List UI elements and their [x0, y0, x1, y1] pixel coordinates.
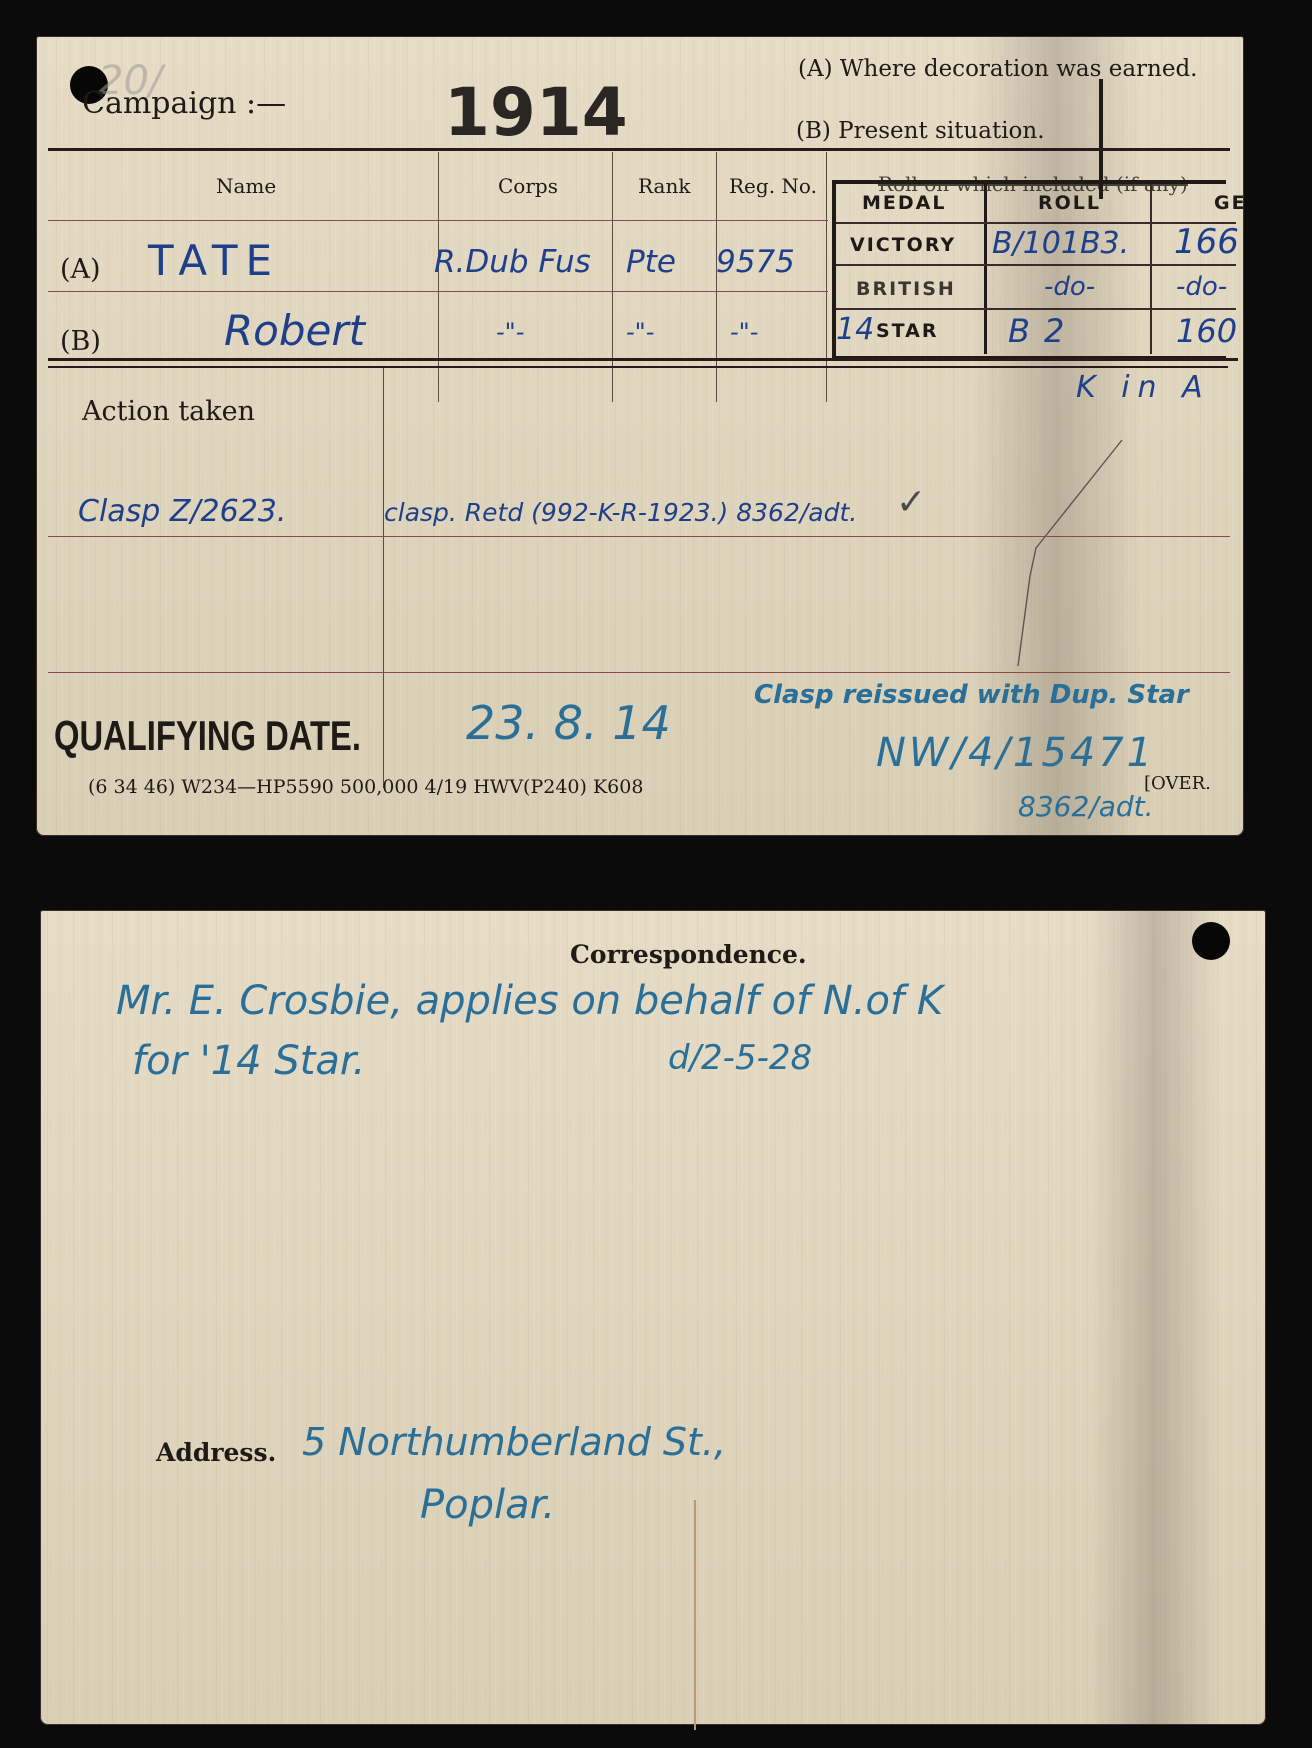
- campaign-year: 1914: [444, 74, 628, 151]
- medal-victory: VICTORY: [850, 234, 956, 256]
- column-header-name: Name: [216, 174, 276, 198]
- row-a-name: TATE: [148, 236, 280, 285]
- medal-header-roll: ROLL: [1038, 192, 1101, 214]
- row-b-corps: -"-: [496, 318, 524, 346]
- qualifying-date-value: 23. 8. 14: [466, 696, 671, 750]
- qualifying-date-label: QUALIFYING DATE.: [54, 712, 361, 760]
- correspondence-line-1: Mr. E. Crosbie, applies on behalf of N.o…: [116, 978, 943, 1024]
- column-header-rank: Rank: [638, 174, 690, 198]
- page-british: -do-: [1176, 272, 1227, 302]
- punch-hole: [1192, 922, 1230, 960]
- column-header-reg-no: Reg. No.: [729, 174, 817, 198]
- column-header-corps: Corps: [498, 174, 558, 198]
- column-divider: [612, 152, 613, 402]
- medal-roll-divider: [984, 184, 987, 354]
- medal-row-rule: [836, 308, 1236, 310]
- action-entry-clasp-returned: clasp. Retd (992-K-R-1923.) 8362/adt.: [384, 498, 857, 527]
- page-star: 160: [1176, 312, 1237, 350]
- clasp-reissue-note: Clasp reissued with Dup. Star: [754, 680, 1189, 710]
- medal-index-card-front: 20/ Campaign :— 1914 (A) Where decoratio…: [36, 36, 1244, 836]
- medal-index-card-back: Correspondence. Mr. E. Crosbie, applies …: [40, 910, 1266, 1725]
- roll-star: B2: [1008, 312, 1078, 350]
- legend-b: (B) Present situation.: [796, 118, 1045, 144]
- address-label: Address.: [156, 1438, 276, 1467]
- section-divider: [383, 368, 384, 788]
- medal-row-rule: [836, 264, 1236, 266]
- address-line-2: Poplar.: [420, 1482, 555, 1528]
- clasp-reissue-adt: 8362/adt.: [1018, 790, 1154, 823]
- address-line-1: 5 Northumberland St.,: [302, 1420, 726, 1464]
- campaign-label: Campaign :—: [82, 86, 286, 121]
- action-taken-label: Action taken: [82, 396, 255, 427]
- legend-a: (A) Where decoration was earned.: [798, 56, 1197, 82]
- row-rule: [48, 220, 828, 221]
- row-a-rank: Pte: [626, 244, 676, 280]
- grid-bottom-rule: [48, 366, 1228, 368]
- medal-roll-divider: [1150, 184, 1152, 354]
- header-rule: [48, 148, 1230, 151]
- medal-star: STAR: [876, 320, 939, 342]
- check-mark-icon: ✓: [896, 482, 926, 523]
- row-a-corps: R.Dub Fus: [434, 244, 591, 280]
- row-a-marker: (A): [60, 254, 101, 285]
- roll-victory: B/101B3.: [992, 226, 1129, 261]
- row-a-reg-no: 9575: [716, 244, 795, 280]
- column-divider: [826, 152, 827, 402]
- pencil-stroke: [956, 436, 1136, 686]
- over-label: [OVER.: [1144, 773, 1211, 794]
- correspondence-label: Correspondence.: [570, 940, 807, 969]
- row-rule: [48, 536, 1230, 537]
- clasp-reissue-reference: NW/4/15471: [876, 730, 1155, 776]
- row-b-rank: -"-: [626, 318, 654, 346]
- row-rule: [48, 291, 828, 292]
- remark-kia: K in A: [1076, 370, 1211, 405]
- row-rule: [48, 672, 1230, 673]
- correspondence-date: d/2-5-28: [668, 1038, 812, 1078]
- row-b-reg-no: -"-: [730, 318, 758, 346]
- action-entry-clasp: Clasp Z/2623.: [78, 494, 286, 529]
- row-b-name: Robert: [224, 306, 365, 355]
- scan-shading: [1090, 910, 1220, 1725]
- row-b-marker: (B): [60, 326, 101, 357]
- print-code: (6 34 46) W234—HP5590 500,000 4/19 HWV(P…: [88, 776, 643, 798]
- roll-british: -do-: [1044, 272, 1095, 302]
- scan-artifact-line: [694, 1500, 696, 1730]
- grid-bottom-rule: [48, 358, 1238, 361]
- medal-header-medal: MEDAL: [862, 192, 946, 214]
- medal-header-page: GE: [1214, 192, 1247, 214]
- page-victory: 166: [1174, 222, 1239, 262]
- correspondence-line-2: for '14 Star.: [132, 1038, 365, 1084]
- medal-british: BRITISH: [856, 278, 956, 300]
- medal-star-prefix: 14: [836, 312, 874, 347]
